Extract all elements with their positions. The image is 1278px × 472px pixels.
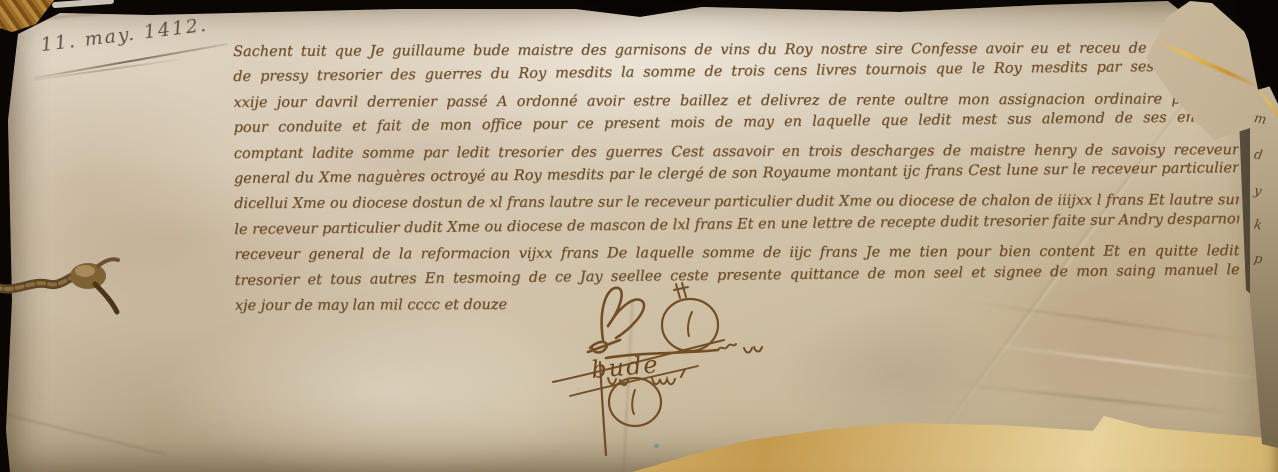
manuscript-line: comptant ladite somme par ledit tresorie… [234, 138, 1239, 167]
wrinkle [961, 299, 1258, 344]
top-edge-crease [42, 0, 241, 19]
manuscript-line: xxije jour davril derrenier passé A ordo… [233, 87, 1238, 116]
parchment-sheet: 11. may. 1412. Sachent tuit que Je guill… [0, 0, 1278, 472]
background-wedge [0, 0, 1278, 472]
archival-date-annotation: 11. may. 1412. [39, 10, 240, 56]
manuscript-line: dicellui Xme ou diocese dostun de xl fra… [234, 189, 1239, 218]
parchment-texture [0, 0, 1278, 472]
adjacent-parchment-edge [0, 0, 1278, 472]
date-underline [34, 43, 227, 79]
manuscript-text-block: Sachent tuit que Je guillaume bude maist… [233, 33, 1240, 319]
edge-ink-fragment: m [1253, 111, 1268, 128]
wrinkle [951, 382, 1260, 417]
edge-ink-fragment: p [1253, 251, 1264, 267]
manuscript-line: general du Xme naguères octroyé au Roy m… [234, 156, 1239, 192]
signature-paraph: bude [548, 278, 788, 463]
ink-speck [654, 444, 659, 448]
vertical-crease [623, 300, 634, 472]
under-parchment-sheet [0, 0, 1278, 472]
gilded-edge-glint [1156, 39, 1260, 88]
sheet-gap-shadow [0, 0, 1278, 472]
manuscript-line: receveur general de la reformacion vijxx… [234, 239, 1239, 268]
date-underline-faint [31, 59, 180, 82]
wrinkle [981, 342, 1269, 380]
fold-crease [908, 0, 1267, 472]
gilded-edge-glint [1256, 87, 1278, 141]
manuscript-line: xje jour de may lan mil cccc et douze [235, 290, 1240, 319]
seal-cord [0, 232, 135, 332]
manuscript-line: tresorier et tous autres En tesmoing de … [235, 258, 1240, 294]
manuscript-line: pour conduite et fait de mon office pour… [233, 105, 1238, 141]
manuscript-photograph: 11. may. 1412. Sachent tuit que Je guill… [0, 0, 1278, 472]
sheet-edge-sliver [52, 0, 114, 8]
edge-ink-fragment: k [1253, 217, 1263, 233]
fold-crease-highlight [911, 5, 1258, 472]
corner-crease [0, 410, 168, 455]
manuscript-line: de pressy tresorier des guerres du Roy m… [233, 55, 1238, 91]
background-wedge [0, 0, 1278, 472]
edge-ink-fragment: y [1253, 183, 1263, 199]
signature-name: bude [590, 350, 661, 384]
edge-ink-fragment: d [1253, 147, 1264, 163]
manuscript-line: le receveur particulier dudit Xme ou dio… [234, 207, 1239, 243]
manuscript-line: Sachent tuit que Je guillaume bude maist… [233, 36, 1238, 65]
folded-corner [0, 0, 1278, 472]
braid-corner [0, 0, 1278, 472]
